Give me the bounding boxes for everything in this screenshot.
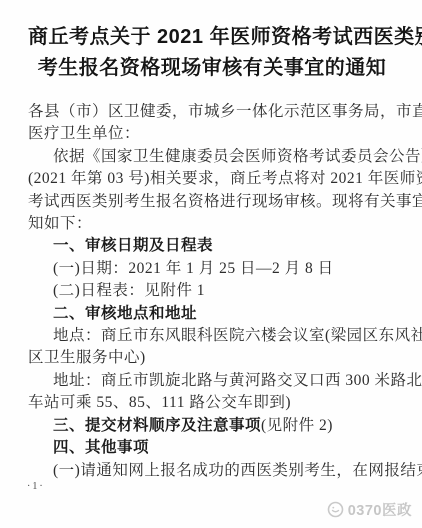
- watermark: 0370医政: [327, 499, 412, 520]
- section3-heading-line: 三、提交材料顺序及注意事项(见附件 2): [28, 415, 396, 437]
- salutation-line-1: 各县（市）区卫健委，市城乡一体化示范区事务局，市直各: [28, 101, 396, 123]
- section2-address-line-1: 地址：商丘市凯旋北路与黄河路交叉口西 300 米路北(火: [28, 370, 396, 392]
- section1-heading: 一、审核日期及日程表: [28, 235, 396, 257]
- intro-line-4: 知如下：: [28, 213, 396, 235]
- section2-venue-line-2: 区卫生服务中心): [28, 347, 396, 369]
- watermark-logo-icon: [327, 501, 344, 518]
- section3-heading: 三、提交材料顺序及注意事项: [53, 417, 261, 434]
- intro-line-3: 考试西医类别考生报名资格进行现场审核。现将有关事宜通: [28, 191, 396, 213]
- title-line-1: 商丘考点关于 2021 年医师资格考试西医类别: [28, 22, 396, 53]
- section3-attachment-note: (见附件 2): [261, 417, 333, 434]
- watermark-text: 0370医政: [348, 499, 412, 520]
- section2-venue-line-1: 地点：商丘市东风眼科医院六楼会议室(梁园区东风社: [28, 325, 396, 347]
- intro-line-2: (2021 年第 03 号)相关要求，商丘考点将对 2021 年医师资格: [28, 168, 396, 190]
- document-title: 商丘考点关于 2021 年医师资格考试西医类别 考生报名资格现场审核有关事宜的通…: [28, 22, 396, 84]
- section1-schedule-item: (二)日程表：见附件 1: [28, 280, 396, 302]
- section2-address-line-2: 车站可乘 55、85、111 路公交车即到): [28, 392, 396, 414]
- notice-document-page: 商丘考点关于 2021 年医师资格考试西医类别 考生报名资格现场审核有关事宜的通…: [0, 0, 422, 528]
- intro-line-1: 依据《国家卫生健康委员会医师资格考试委员会公告》: [28, 146, 396, 168]
- title-line-2: 考生报名资格现场审核有关事宜的通知: [28, 53, 396, 84]
- section2-heading: 二、审核地点和地址: [28, 303, 396, 325]
- section4-item-1: (一)请通知网上报名成功的西医类别考生，在网报结束: [28, 460, 396, 482]
- page-number: ·1·: [27, 481, 45, 492]
- section4-heading: 四、其他事项: [28, 437, 396, 459]
- salutation-line-2: 医疗卫生单位：: [28, 123, 396, 145]
- section1-date-item: (一)日期：2021 年 1 月 25 日—2 月 8 日: [28, 258, 396, 280]
- document-body: 各县（市）区卫健委，市城乡一体化示范区事务局，市直各 医疗卫生单位： 依据《国家…: [28, 101, 396, 482]
